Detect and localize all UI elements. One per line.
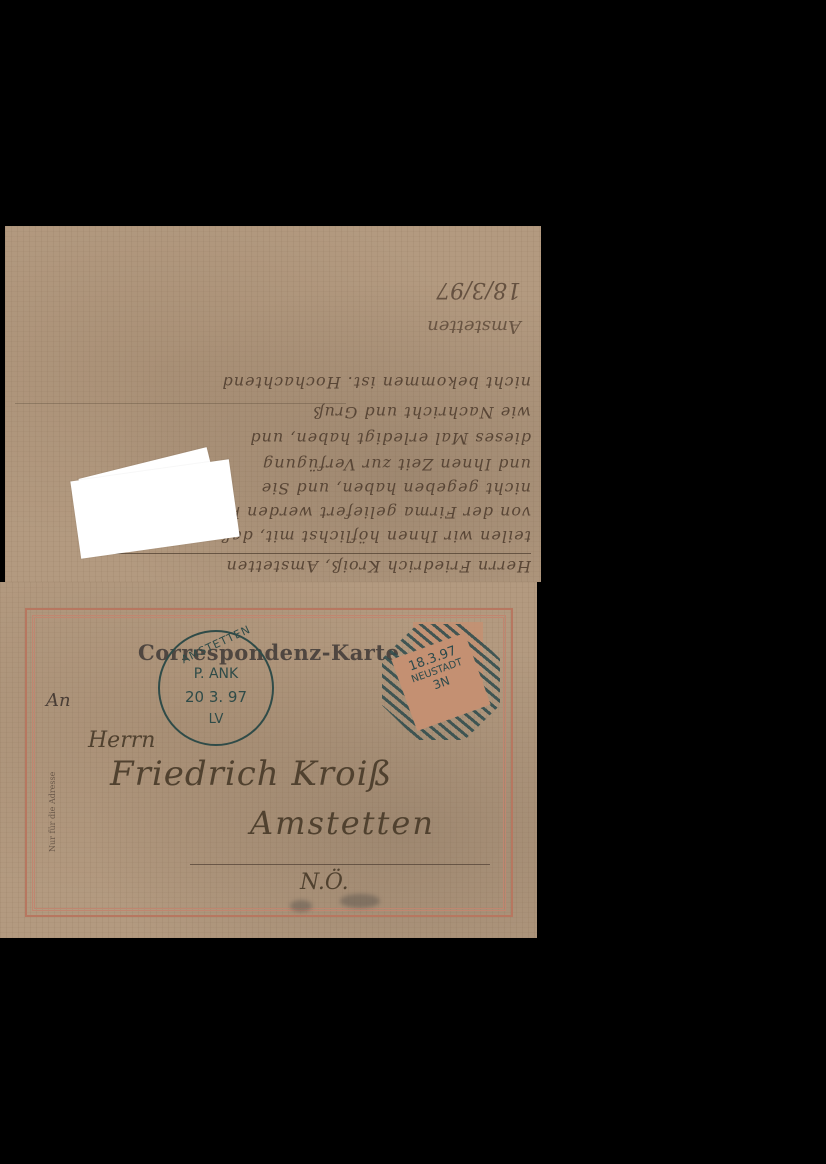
postmark-line: P. ANK: [160, 666, 272, 682]
message-line: Herrn Friedrich Kroiß, Amstetten: [15, 557, 531, 576]
octagonal-postmark: 18.3.97 NEUSTADT 3N: [382, 624, 500, 740]
postcard-message-side: Amstetten 18/3/97 nicht bekommen ist. Ho…: [5, 226, 541, 582]
message-line: und Ihnen Zeit zur Verfügung: [15, 455, 531, 474]
postmark-code: LV: [160, 712, 272, 727]
ink-smudge: [340, 894, 380, 908]
divider-line: [95, 553, 531, 554]
an-label: An: [46, 690, 71, 711]
postcard-address-side: Correspondenz-Karte 18.3.97 NEUSTADT 3N …: [0, 582, 537, 938]
address-underline: [190, 864, 490, 865]
recipient-name: Friedrich Kroiß: [110, 754, 392, 794]
message-line: dieses Mal erledigt haben, und: [15, 429, 531, 448]
recipient-region: N.Ö.: [300, 870, 349, 895]
postmark-date: 20 3. 97: [160, 688, 272, 706]
recipient-salutation: Herrn: [88, 728, 155, 753]
address-only-note: Nur für die Adresse: [48, 772, 57, 852]
ink-smudge: [290, 900, 312, 912]
message-line: nicht bekommen ist. Hochachtend: [15, 373, 531, 392]
message-date: 18/3/97: [436, 277, 521, 302]
round-postmark: AMSTETTEN P. ANK 20 3. 97 LV: [158, 630, 274, 746]
message-place: Amstetten: [427, 316, 521, 337]
recipient-city: Amstetten: [250, 804, 435, 842]
message-line: wie Nachricht und Gruß: [15, 403, 531, 422]
